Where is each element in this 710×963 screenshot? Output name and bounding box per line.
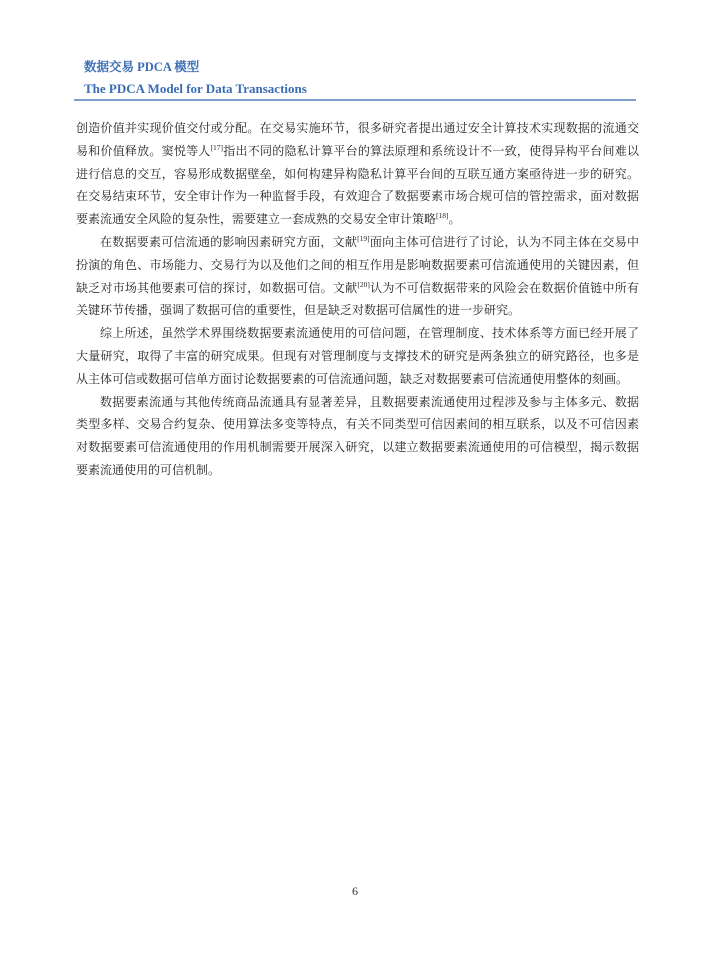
page-title-english: The PDCA Model for Data Transactions <box>84 78 636 100</box>
citation-reference: [18] <box>436 211 449 220</box>
document-body: 创造价值并实现价值交付或分配。在交易实施环节，很多研究者提出通过安全计算技术实现… <box>76 117 639 482</box>
paragraph: 数据要素流通与其他传统商品流通具有显著差异，且数据要素流通使用过程涉及参与主体多… <box>76 391 639 482</box>
header-divider-rule <box>74 99 636 101</box>
paragraph: 创造价值并实现价值交付或分配。在交易实施环节，很多研究者提出通过安全计算技术实现… <box>76 117 639 231</box>
paragraph: 在数据要素可信流通的影响因素研究方面，文献[19]面向主体可信进行了讨论，认为不… <box>76 231 639 322</box>
page-footer: 6 <box>0 882 710 900</box>
page-number: 6 <box>352 884 358 898</box>
page-title-chinese: 数据交易 PDCA 模型 <box>84 56 636 78</box>
citation-reference: [19] <box>357 234 370 243</box>
citation-reference: [20] <box>357 280 370 289</box>
citation-reference: [17] <box>211 143 224 152</box>
paragraph: 综上所述，虽然学术界围绕数据要素流通使用的可信问题，在管理制度、技术体系等方面已… <box>76 322 639 390</box>
page-header: 数据交易 PDCA 模型 The PDCA Model for Data Tra… <box>84 56 636 100</box>
document-page: 数据交易 PDCA 模型 The PDCA Model for Data Tra… <box>0 0 710 963</box>
